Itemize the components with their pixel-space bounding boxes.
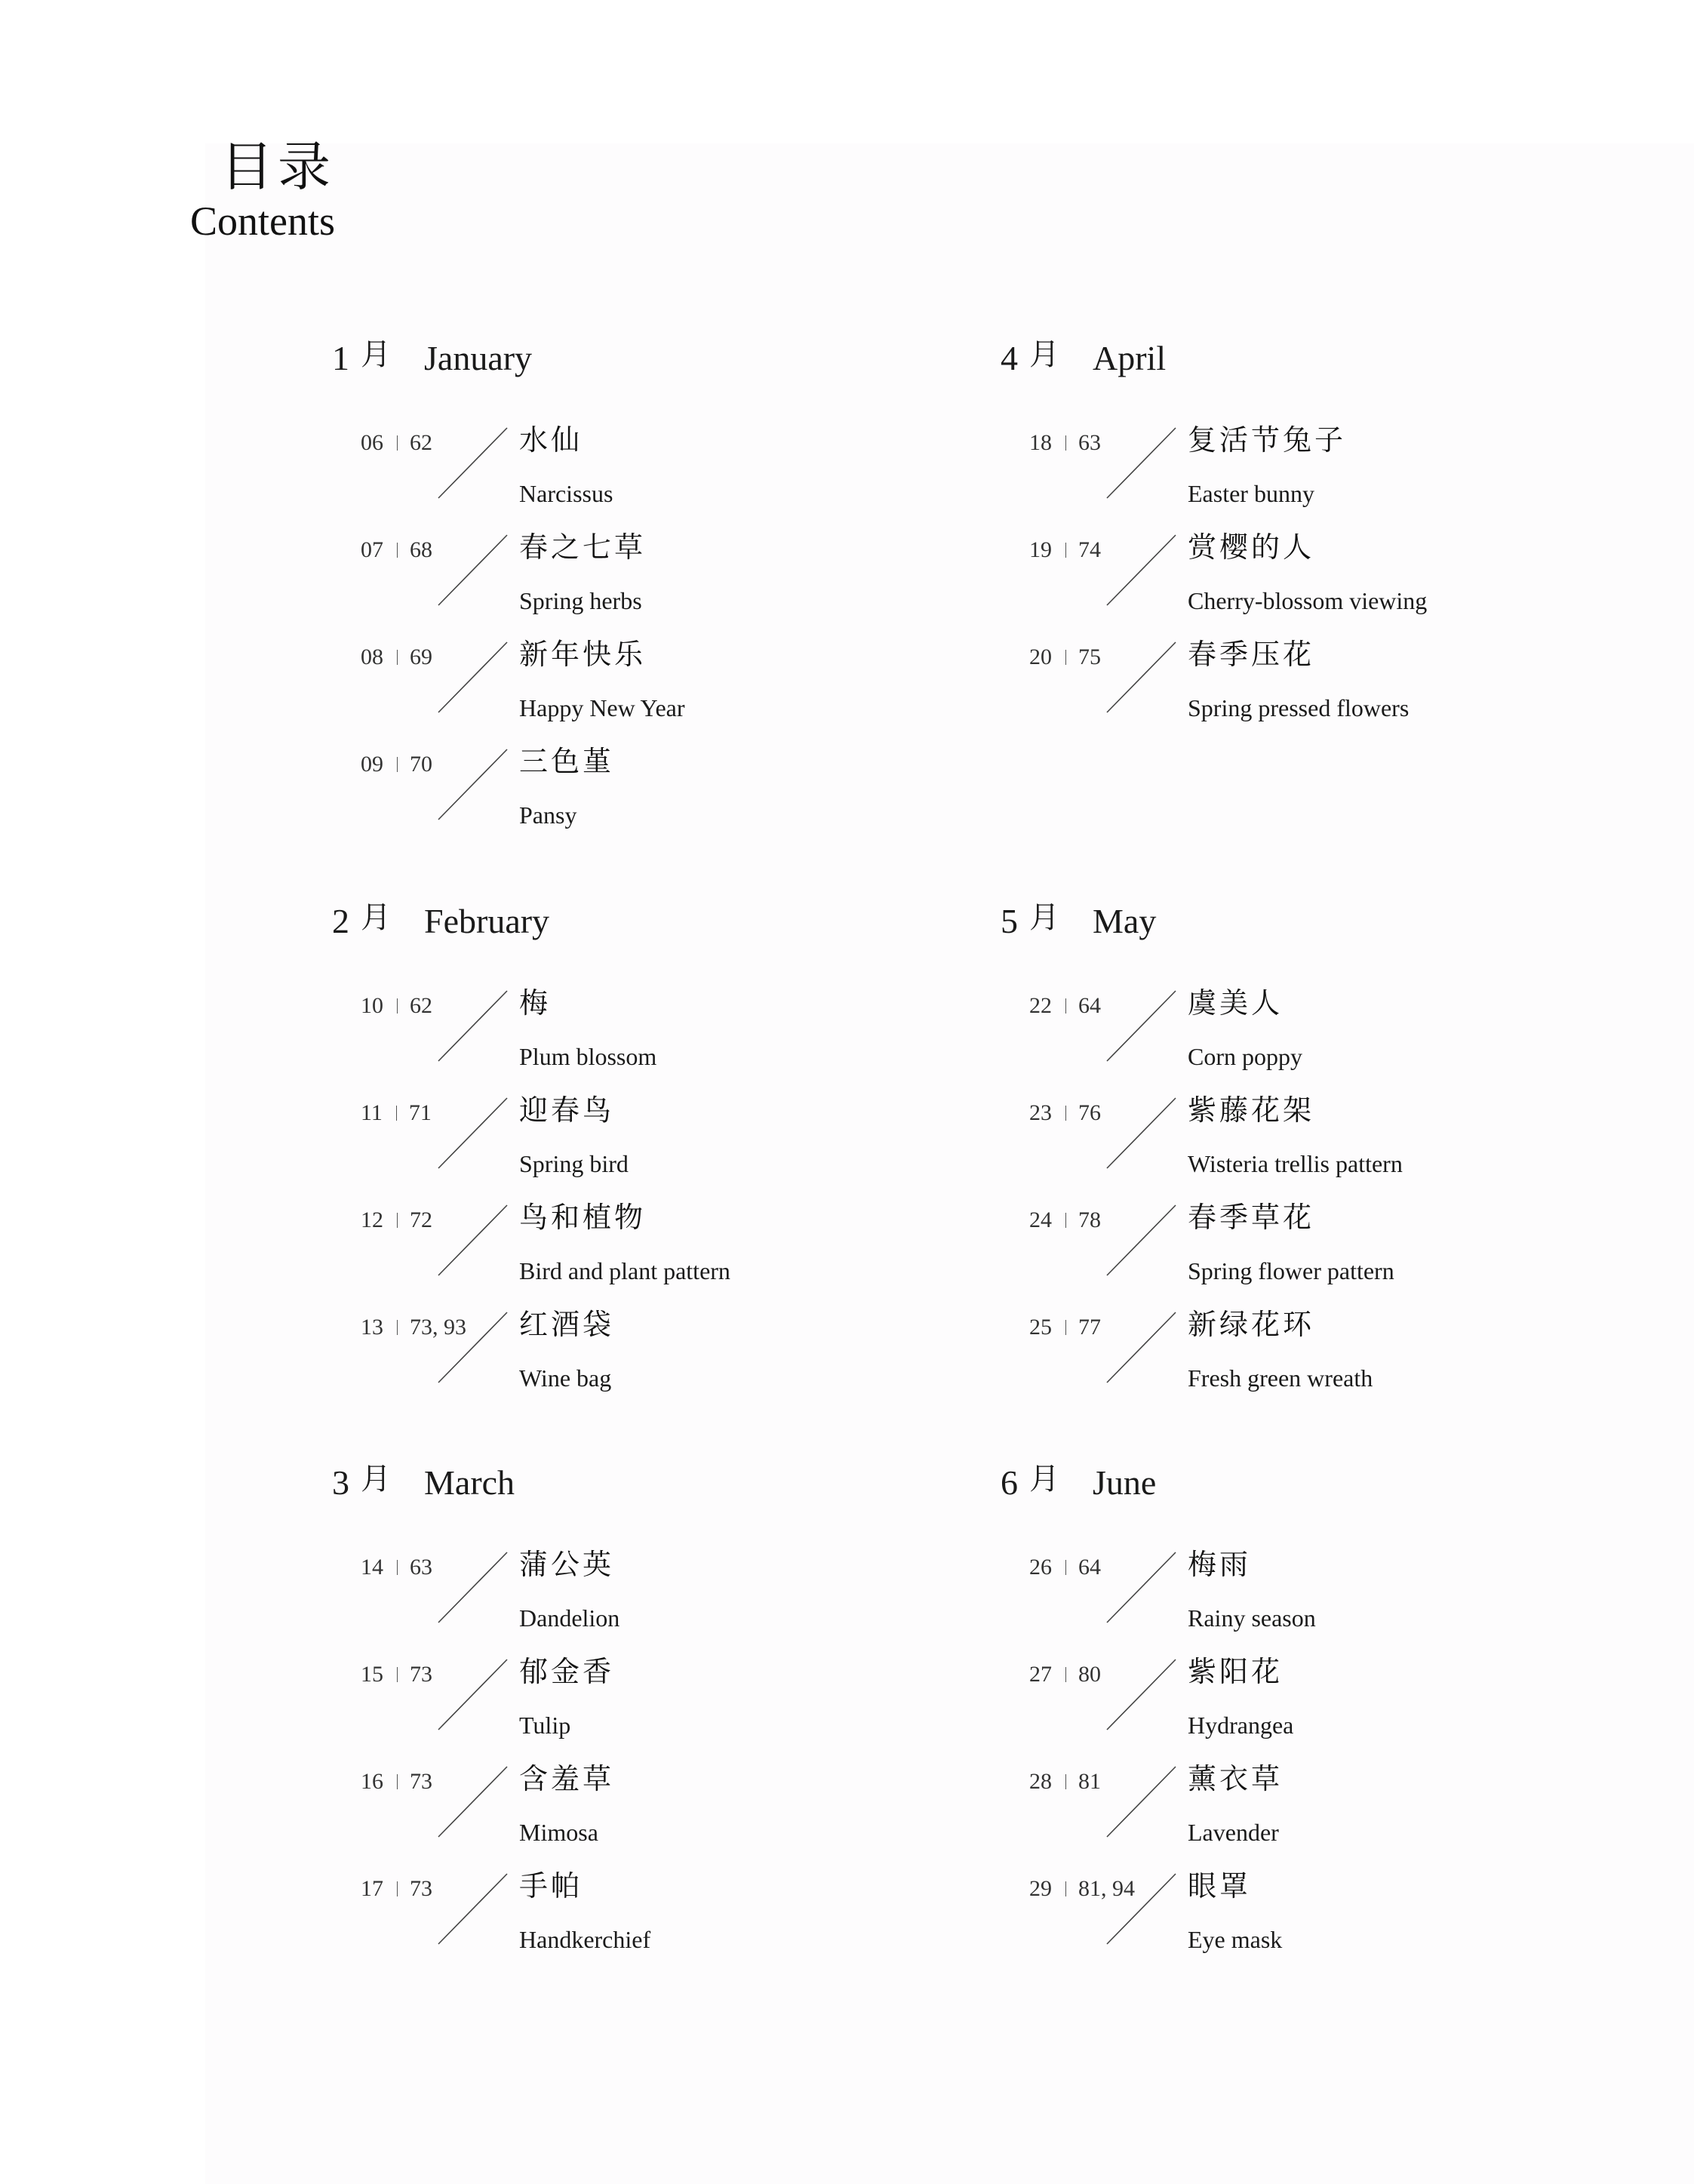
entry-numbers: 1062: [361, 995, 432, 1017]
separator-bar: [397, 1667, 398, 1682]
toc-entry[interactable]: 1863复活节兔子Easter bunny: [1001, 429, 1604, 519]
entry-title-english: Bird and plant pattern: [519, 1259, 730, 1283]
entry-title-english: Mimosa: [519, 1820, 598, 1844]
entry-title-chinese: 水仙: [519, 426, 583, 454]
entry-numbers: 1863: [1029, 432, 1101, 454]
entry-numbers: 2664: [1029, 1556, 1101, 1579]
entry-page-number: 62: [410, 430, 432, 455]
diagonal-slash-icon: [436, 1310, 512, 1386]
entry-numbers: 0662: [361, 432, 432, 454]
page-title-english: Contents: [190, 201, 335, 241]
toc-entry[interactable]: 1171迎春鸟Spring bird: [332, 1099, 936, 1189]
entry-number: 20: [1029, 644, 1052, 669]
entry-numbers: 2881: [1029, 1770, 1101, 1793]
entry-numbers: 0869: [361, 646, 432, 669]
toc-entry[interactable]: 0869新年快乐Happy New Year: [332, 643, 936, 734]
separator-bar: [396, 1106, 397, 1121]
entry-title-english: Spring pressed flowers: [1188, 696, 1409, 720]
toc-entry[interactable]: 1272鸟和植物Bird and plant pattern: [332, 1206, 936, 1297]
entry-numbers: 1974: [1029, 539, 1101, 561]
entry-title-english: Lavender: [1188, 1820, 1279, 1844]
entry-numbers: 2478: [1029, 1209, 1101, 1232]
separator-bar: [397, 543, 398, 558]
entry-title-english: Tulip: [519, 1713, 570, 1737]
entry-title-english: Spring herbs: [519, 589, 642, 613]
month-number: 2: [332, 904, 349, 939]
separator-bar: [1065, 543, 1066, 558]
toc-entry[interactable]: 2780紫阳花Hydrangea: [1001, 1660, 1604, 1751]
diagonal-slash-icon: [1105, 426, 1180, 501]
entry-title-english: Plum blossom: [519, 1044, 656, 1069]
entry-page-number: 71: [409, 1100, 432, 1125]
diagonal-slash-icon: [1105, 1203, 1180, 1278]
entry-title-chinese: 眼罩: [1188, 1872, 1251, 1900]
diagonal-slash-icon: [436, 426, 512, 501]
month-name-english: May: [1093, 904, 1156, 939]
toc-entry[interactable]: 2264虞美人Corn poppy: [1001, 992, 1604, 1082]
entry-title-chinese: 复活节兔子: [1188, 426, 1346, 454]
entry-number: 08: [361, 644, 383, 669]
month-number: 6: [1001, 1466, 1018, 1500]
separator-bar: [397, 757, 398, 772]
entry-title-chinese: 虞美人: [1188, 989, 1283, 1017]
entry-numbers: 0970: [361, 753, 432, 776]
diagonal-slash-icon: [436, 1203, 512, 1278]
entry-title-chinese: 三色堇: [519, 747, 614, 776]
entry-title-english: Spring bird: [519, 1152, 629, 1176]
entry-page-number: 75: [1078, 644, 1101, 669]
separator-bar: [1065, 1320, 1066, 1335]
month-number: 1: [332, 341, 349, 376]
toc-entry[interactable]: 1463蒲公英Dandelion: [332, 1553, 936, 1644]
entry-number: 22: [1029, 993, 1052, 1018]
diagonal-slash-icon: [1105, 640, 1180, 715]
entry-page-number: 81: [1078, 1769, 1101, 1794]
separator-bar: [397, 1213, 398, 1228]
month-label-chinese: 月: [361, 1464, 391, 1494]
entry-numbers: 2577: [1029, 1316, 1101, 1339]
toc-entry[interactable]: 1062梅Plum blossom: [332, 992, 936, 1082]
entry-title-chinese: 蒲公英: [519, 1550, 614, 1579]
entry-page-number: 70: [410, 752, 432, 777]
toc-entry[interactable]: 2881薰衣草Lavender: [1001, 1767, 1604, 1858]
entry-number: 23: [1029, 1100, 1052, 1125]
entry-numbers: 1673: [361, 1770, 432, 1793]
toc-entry[interactable]: 2478春季草花Spring flower pattern: [1001, 1206, 1604, 1297]
diagonal-slash-icon: [436, 533, 512, 608]
month-number: 3: [332, 1466, 349, 1500]
entry-title-english: Eye mask: [1188, 1927, 1282, 1952]
entry-number: 09: [361, 752, 383, 777]
entry-number: 12: [361, 1207, 383, 1232]
entry-title-chinese: 含羞草: [519, 1764, 614, 1793]
entry-title-chinese: 新年快乐: [519, 640, 646, 669]
diagonal-slash-icon: [436, 640, 512, 715]
toc-entry[interactable]: 1673含羞草Mimosa: [332, 1767, 936, 1858]
entry-numbers: 1272: [361, 1209, 432, 1232]
entry-title-english: Pansy: [519, 803, 576, 827]
page-title-chinese: 目录: [220, 140, 335, 193]
month-label-chinese: 月: [1029, 903, 1059, 933]
entry-numbers: 1573: [361, 1663, 432, 1686]
month-name-english: February: [424, 904, 549, 939]
entry-numbers: 2075: [1029, 646, 1101, 669]
diagonal-slash-icon: [436, 1872, 512, 1947]
entry-page-number: 72: [410, 1207, 432, 1232]
diagonal-slash-icon: [436, 747, 512, 823]
entry-page-number: 63: [410, 1555, 432, 1580]
toc-entry[interactable]: 2981, 94眼罩Eye mask: [1001, 1875, 1604, 1965]
entry-title-chinese: 梅雨: [1188, 1550, 1251, 1579]
entry-title-chinese: 鸟和植物: [519, 1203, 646, 1232]
toc-entry[interactable]: 1373, 93红酒袋Wine bag: [332, 1313, 936, 1404]
toc-entry[interactable]: 0662水仙Narcissus: [332, 429, 936, 519]
diagonal-slash-icon: [436, 1096, 512, 1171]
entry-page-number: 73: [410, 1876, 432, 1901]
separator-bar: [397, 650, 398, 665]
month-label-chinese: 月: [361, 903, 391, 933]
entry-title-english: Dandelion: [519, 1606, 619, 1630]
entry-page-number: 63: [1078, 430, 1101, 455]
entry-number: 07: [361, 537, 383, 562]
separator-bar: [1065, 1560, 1066, 1575]
entry-title-english: Cherry-blossom viewing: [1188, 589, 1427, 613]
entry-number: 29: [1029, 1876, 1052, 1901]
entry-page-number: 80: [1078, 1662, 1101, 1687]
entry-number: 27: [1029, 1662, 1052, 1687]
entry-numbers: 2376: [1029, 1102, 1101, 1124]
entry-title-chinese: 红酒袋: [519, 1310, 614, 1339]
diagonal-slash-icon: [1105, 1310, 1180, 1386]
month-name-english: March: [424, 1466, 515, 1500]
separator-bar: [397, 435, 398, 451]
entry-number: 19: [1029, 537, 1052, 562]
separator-bar: [397, 1774, 398, 1789]
entry-number: 16: [361, 1769, 383, 1794]
entry-number: 26: [1029, 1555, 1052, 1580]
entry-page-number: 77: [1078, 1315, 1101, 1340]
diagonal-slash-icon: [1105, 1764, 1180, 1840]
entry-page-number: 64: [1078, 1555, 1101, 1580]
separator-bar: [397, 1560, 398, 1575]
entry-numbers: 1171: [361, 1102, 432, 1124]
entry-title-english: Wine bag: [519, 1366, 611, 1390]
toc-entry[interactable]: 2664梅雨Rainy season: [1001, 1553, 1604, 1644]
month-label-chinese: 月: [1029, 340, 1059, 370]
entry-page-number: 69: [410, 644, 432, 669]
entry-numbers: 1463: [361, 1556, 432, 1579]
entry-number: 15: [361, 1662, 383, 1687]
separator-bar: [1065, 1106, 1066, 1121]
entry-numbers: 2264: [1029, 995, 1101, 1017]
entry-number: 06: [361, 430, 383, 455]
entry-title-chinese: 春季压花: [1188, 640, 1314, 669]
toc-entry[interactable]: 1573郁金香Tulip: [332, 1660, 936, 1751]
entry-number: 17: [361, 1876, 383, 1901]
entry-page-number: 64: [1078, 993, 1101, 1018]
toc-entry[interactable]: 2075春季压花Spring pressed flowers: [1001, 643, 1604, 734]
entry-number: 10: [361, 993, 383, 1018]
diagonal-slash-icon: [1105, 1657, 1180, 1733]
entry-number: 28: [1029, 1769, 1052, 1794]
separator-bar: [1065, 1881, 1066, 1896]
month-name-english: April: [1093, 341, 1166, 376]
entry-number: 11: [361, 1100, 383, 1125]
entry-number: 24: [1029, 1207, 1052, 1232]
entry-title-chinese: 郁金香: [519, 1657, 614, 1686]
separator-bar: [1065, 998, 1066, 1014]
entry-title-chinese: 紫藤花架: [1188, 1096, 1314, 1124]
entry-title-english: Narcissus: [519, 481, 613, 506]
toc-entry[interactable]: 2577新绿花环Fresh green wreath: [1001, 1313, 1604, 1404]
entry-number: 13: [361, 1315, 383, 1340]
entry-title-english: Hydrangea: [1188, 1713, 1293, 1737]
diagonal-slash-icon: [1105, 1550, 1180, 1626]
month-label-chinese: 月: [1029, 1464, 1059, 1494]
entry-title-english: Wisteria trellis pattern: [1188, 1152, 1403, 1176]
entry-page-number: 76: [1078, 1100, 1101, 1125]
entry-numbers: 0768: [361, 539, 432, 561]
diagonal-slash-icon: [1105, 1096, 1180, 1171]
entry-number: 25: [1029, 1315, 1052, 1340]
entry-title-chinese: 梅: [519, 989, 551, 1017]
separator-bar: [1065, 435, 1066, 451]
separator-bar: [1065, 1774, 1066, 1789]
separator-bar: [1065, 650, 1066, 665]
entry-title-english: Handkerchief: [519, 1927, 650, 1952]
separator-bar: [1065, 1667, 1066, 1682]
toc-entry[interactable]: 0768春之七草Spring herbs: [332, 536, 936, 626]
separator-bar: [397, 998, 398, 1014]
month-number: 4: [1001, 341, 1018, 376]
entry-title-chinese: 薰衣草: [1188, 1764, 1283, 1793]
entry-title-chinese: 赏樱的人: [1188, 533, 1314, 561]
entry-number: 14: [361, 1555, 383, 1580]
diagonal-slash-icon: [436, 1657, 512, 1733]
entry-number: 18: [1029, 430, 1052, 455]
entry-title-chinese: 新绿花环: [1188, 1310, 1314, 1339]
month-label-chinese: 月: [361, 340, 391, 370]
diagonal-slash-icon: [436, 1764, 512, 1840]
entry-title-chinese: 春之七草: [519, 533, 646, 561]
entry-title-chinese: 迎春鸟: [519, 1096, 614, 1124]
separator-bar: [397, 1881, 398, 1896]
diagonal-slash-icon: [436, 1550, 512, 1626]
toc-entry[interactable]: 0970三色堇Pansy: [332, 750, 936, 841]
entry-title-chinese: 手帕: [519, 1872, 583, 1900]
entry-page-number: 78: [1078, 1207, 1101, 1232]
entry-page-number: 68: [410, 537, 432, 562]
entry-title-chinese: 紫阳花: [1188, 1657, 1283, 1686]
entry-page-number: 62: [410, 993, 432, 1018]
month-name-english: January: [424, 341, 532, 376]
entry-title-english: Corn poppy: [1188, 1044, 1302, 1069]
entry-numbers: 2780: [1029, 1663, 1101, 1686]
entry-title-english: Fresh green wreath: [1188, 1366, 1373, 1390]
entry-numbers: 1773: [361, 1878, 432, 1900]
entry-title-english: Easter bunny: [1188, 481, 1314, 506]
entry-page-number: 73: [410, 1662, 432, 1687]
entry-page-number: 74: [1078, 537, 1101, 562]
month-number: 5: [1001, 904, 1018, 939]
entry-title-english: Spring flower pattern: [1188, 1259, 1394, 1283]
toc-entry[interactable]: 1974赏樱的人Cherry-blossom viewing: [1001, 536, 1604, 626]
toc-entry[interactable]: 2376紫藤花架Wisteria trellis pattern: [1001, 1099, 1604, 1189]
diagonal-slash-icon: [1105, 989, 1180, 1064]
separator-bar: [397, 1320, 398, 1335]
diagonal-slash-icon: [436, 989, 512, 1064]
entry-page-number: 73: [410, 1769, 432, 1794]
separator-bar: [1065, 1213, 1066, 1228]
diagonal-slash-icon: [1105, 533, 1180, 608]
entry-title-english: Happy New Year: [519, 696, 685, 720]
diagonal-slash-icon: [1105, 1872, 1180, 1947]
entry-title-chinese: 春季草花: [1188, 1203, 1314, 1232]
month-name-english: June: [1093, 1466, 1156, 1500]
entry-title-english: Rainy season: [1188, 1606, 1316, 1630]
toc-entry[interactable]: 1773手帕Handkerchief: [332, 1875, 936, 1965]
